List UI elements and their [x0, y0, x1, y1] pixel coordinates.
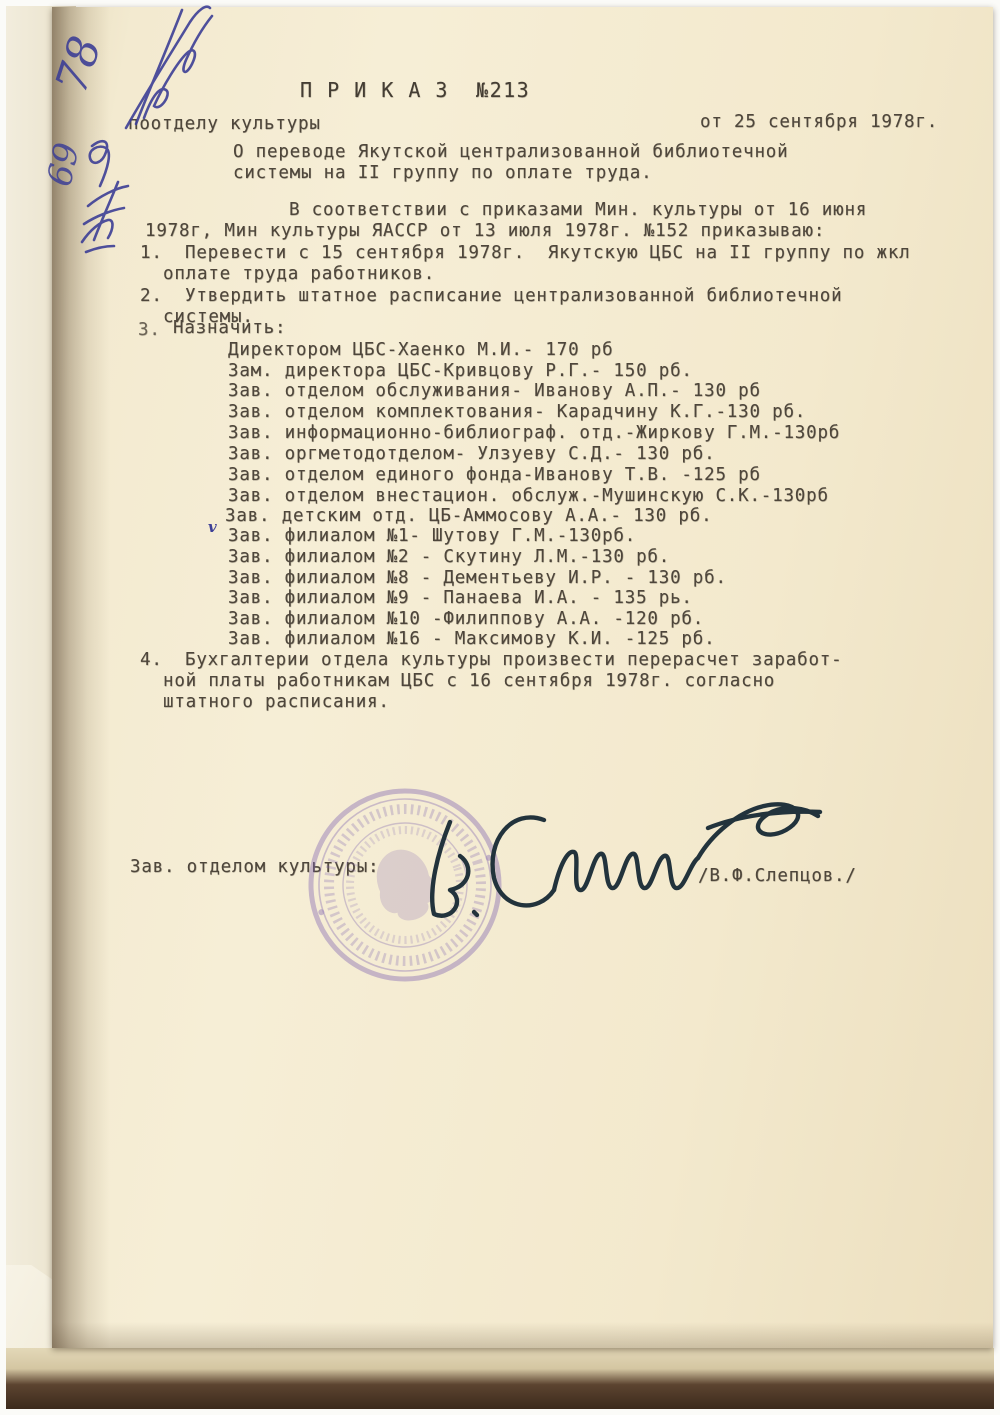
appointment-line: Директором ЦБС-Хаенко М.И.- 170 рб: [228, 340, 613, 360]
book-binding-bottom: [6, 1348, 994, 1409]
margin-check-mark: v: [208, 518, 217, 536]
appointment-line: Зав. оргметодотделом- Улзуеву С.Д.- 130 …: [228, 444, 715, 464]
appointment-line: Зам. директора ЦБС-Кривцову Р.Г.- 150 рб…: [228, 361, 693, 381]
margin-scribbles: 78 69: [48, 0, 248, 270]
appointment-line: Зав. филиалом №16 - Максимову К.И. -125 …: [228, 629, 715, 649]
page-bottom-shadow: [52, 1322, 993, 1348]
appointment-line: Зав. филиалом №8 - Дементьеву И.Р. - 130…: [228, 568, 727, 588]
item-4-number: 4.: [140, 650, 163, 670]
appointment-line: Зав. детским отд. ЦБ-Аммосову А.А.- 130 …: [225, 506, 712, 526]
order-title: П Р И К А З №213: [300, 80, 530, 100]
appointment-line: Зав. филиалом №10 -Филиппову А.А. -120 р…: [228, 609, 704, 629]
appointment-line: Зав. отделом комплектования- Карадчину К…: [228, 402, 806, 422]
preamble-line-1: В соответствии с приказами Мин. культуры…: [289, 200, 867, 220]
item-1-line-1: Перевести с 15 сентября 1978г. Якутскую …: [185, 243, 911, 263]
appointment-line: Зав. отделом обслуживания- Иванову А.П.-…: [228, 381, 761, 401]
subject-line-1: О переводе Якутской централизованной биб…: [233, 142, 788, 162]
item-4-line-3: штатного расписания.: [163, 692, 390, 712]
margin-number-78: 78: [46, 30, 112, 99]
appointment-line: Зав. филиалом №2 - Скутину Л.М.-130 рб.: [228, 547, 670, 567]
margin-number-69: 69: [40, 139, 88, 190]
handwritten-signature: [408, 786, 848, 946]
order-date: от 25 сентября 1978г.: [700, 112, 938, 132]
appointment-line: Зав. филиалом №1- Шутову Г.М.-130рб.: [228, 526, 636, 546]
subject-line-2: системы на II группу по оплате труда.: [233, 163, 652, 183]
appointment-line: Зав. филиалом №9 - Панаева И.А. - 135 рь…: [228, 588, 693, 608]
item-4-line-1: Бухгалтерии отдела культуры произвести п…: [185, 650, 842, 670]
item-2-number: 2.: [140, 286, 163, 306]
item-4-line-2: ной платы работникам ЦБС с 16 сентября 1…: [163, 671, 775, 691]
appointment-line: Зав. отделом единого фонда-Иванову Т.В. …: [228, 465, 761, 485]
item-3-line-1: Назначить:: [173, 318, 286, 338]
scanned-document: П Р И К А З №213 поотделу культуры от 25…: [0, 0, 1000, 1415]
appointment-line: Зав. информационно-библиограф. отд.-Жирк…: [228, 423, 840, 443]
appointment-line: Зав. отделом внестацион. обслуж.-Мушинск…: [228, 486, 829, 506]
item-2-line-1: Утвердить штатное расписание централизов…: [185, 286, 842, 306]
item-3-number: 3.: [138, 320, 161, 340]
